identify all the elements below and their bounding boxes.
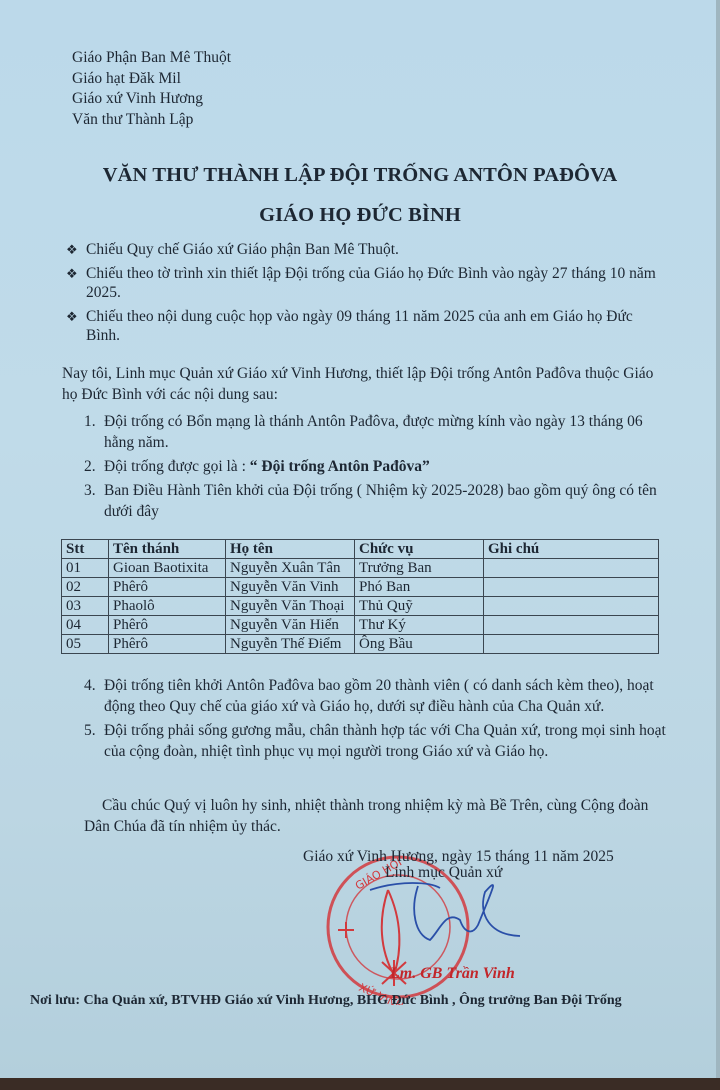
table-cell: 04 xyxy=(62,616,109,635)
column-header: Stt xyxy=(62,540,109,559)
table-cell: Phaolô xyxy=(109,597,226,616)
table-cell xyxy=(484,597,659,616)
list-item: ❖ Chiếu theo nội dung cuộc họp vào ngày … xyxy=(66,307,666,346)
table-cell: 02 xyxy=(62,578,109,597)
table-row: 03PhaolôNguyễn Văn ThoạiThủ Quỹ xyxy=(62,597,659,616)
board-members-table: Stt Tên thánh Họ tên Chức vụ Ghi chú 01G… xyxy=(61,539,659,654)
table-cell: Trưởng Ban xyxy=(355,559,484,578)
table-cell: Nguyễn Văn Vinh xyxy=(226,578,355,597)
list-item: 4. Đội trống tiên khởi Antôn Pađôva bao … xyxy=(84,675,674,717)
column-header: Chức vụ xyxy=(355,540,484,559)
table-cell: Ông Bầu xyxy=(355,635,484,654)
table-cell: Gioan Baotixita xyxy=(109,559,226,578)
diamond-dots-icon: ❖ xyxy=(66,240,78,260)
table-row: 04PhêrôNguyễn Văn HiểnThư Ký xyxy=(62,616,659,635)
document-subtitle: GIÁO HỌ ĐỨC BÌNH xyxy=(0,204,720,227)
decision-list: 1. Đội trống có Bổn mạng là thánh Antôn … xyxy=(84,411,674,525)
table-cell: 01 xyxy=(62,559,109,578)
paper-edge xyxy=(716,0,720,1080)
issuer-header: Giáo Phận Ban Mê Thuột Giáo hạt Đăk Mil … xyxy=(72,48,231,130)
table-cell: Nguyễn Văn Thoại xyxy=(226,597,355,616)
table-cell: Thủ Quỹ xyxy=(355,597,484,616)
table-surface xyxy=(0,1078,720,1090)
legal-basis-list: ❖ Chiếu Quy chế Giáo xứ Giáo phận Ban Mê… xyxy=(66,240,666,350)
intro-paragraph: Nay tôi, Linh mục Quản xứ Giáo xứ Vinh H… xyxy=(62,363,672,405)
table-cell xyxy=(484,635,659,654)
header-line: Giáo hạt Đăk Mil xyxy=(72,69,231,90)
table-cell xyxy=(484,616,659,635)
list-item: 2. Đội trống được gọi là : “ Đội trống A… xyxy=(84,456,674,477)
signer-name: Lm. GB Trần Vinh xyxy=(390,965,515,983)
list-item: 1. Đội trống có Bổn mạng là thánh Antôn … xyxy=(84,411,674,453)
document-title: VĂN THƯ THÀNH LẬP ĐỘI TRỐNG ANTÔN PAĐÔVA xyxy=(0,164,720,187)
table-cell: Nguyễn Thế Điểm xyxy=(226,635,355,654)
header-line: Giáo Phận Ban Mê Thuột xyxy=(72,48,231,69)
table-cell: 05 xyxy=(62,635,109,654)
diamond-dots-icon: ❖ xyxy=(66,264,78,284)
table-cell: Thư Ký xyxy=(355,616,484,635)
table-cell: Nguyễn Văn Hiển xyxy=(226,616,355,635)
table-cell: Nguyễn Xuân Tân xyxy=(226,559,355,578)
list-item: ❖ Chiếu Quy chế Giáo xứ Giáo phận Ban Mê… xyxy=(66,240,666,260)
list-item: 3. Ban Điều Hành Tiên khởi của Đội trống… xyxy=(84,480,674,522)
list-item: ❖ Chiếu theo tờ trình xin thiết lập Đội … xyxy=(66,264,666,303)
closing-paragraph: Cầu chúc Quý vị luôn hy sinh, nhiệt thàn… xyxy=(84,795,674,837)
table-cell: Phêrô xyxy=(109,616,226,635)
header-line: Văn thư Thành Lập xyxy=(72,110,231,131)
table-cell: Phêrô xyxy=(109,578,226,597)
signature-icon xyxy=(360,870,530,950)
column-header: Ghi chú xyxy=(484,540,659,559)
decision-list-continued: 4. Đội trống tiên khởi Antôn Pađôva bao … xyxy=(84,675,674,765)
table-row: 01Gioan BaotixitaNguyễn Xuân TânTrưởng B… xyxy=(62,559,659,578)
table-header-row: Stt Tên thánh Họ tên Chức vụ Ghi chú xyxy=(62,540,659,559)
list-item: 5. Đội trống phải sống gương mẫu, chân t… xyxy=(84,720,674,762)
column-header: Tên thánh xyxy=(109,540,226,559)
table-cell xyxy=(484,578,659,597)
diamond-dots-icon: ❖ xyxy=(66,307,78,327)
header-line: Giáo xứ Vinh Hương xyxy=(72,89,231,110)
signer-role: Linh mục Quản xứ xyxy=(385,864,502,882)
table-cell: 03 xyxy=(62,597,109,616)
table-cell xyxy=(484,559,659,578)
table-cell: Phó Ban xyxy=(355,578,484,597)
distribution-list: Nơi lưu: Cha Quản xứ, BTVHĐ Giáo xứ Vinh… xyxy=(30,993,622,1009)
team-name: “ Đội trống Antôn Pađôva” xyxy=(250,458,430,475)
table-row: 02PhêrôNguyễn Văn VinhPhó Ban xyxy=(62,578,659,597)
column-header: Họ tên xyxy=(226,540,355,559)
table-row: 05PhêrôNguyễn Thế ĐiểmÔng Bầu xyxy=(62,635,659,654)
table-cell: Phêrô xyxy=(109,635,226,654)
